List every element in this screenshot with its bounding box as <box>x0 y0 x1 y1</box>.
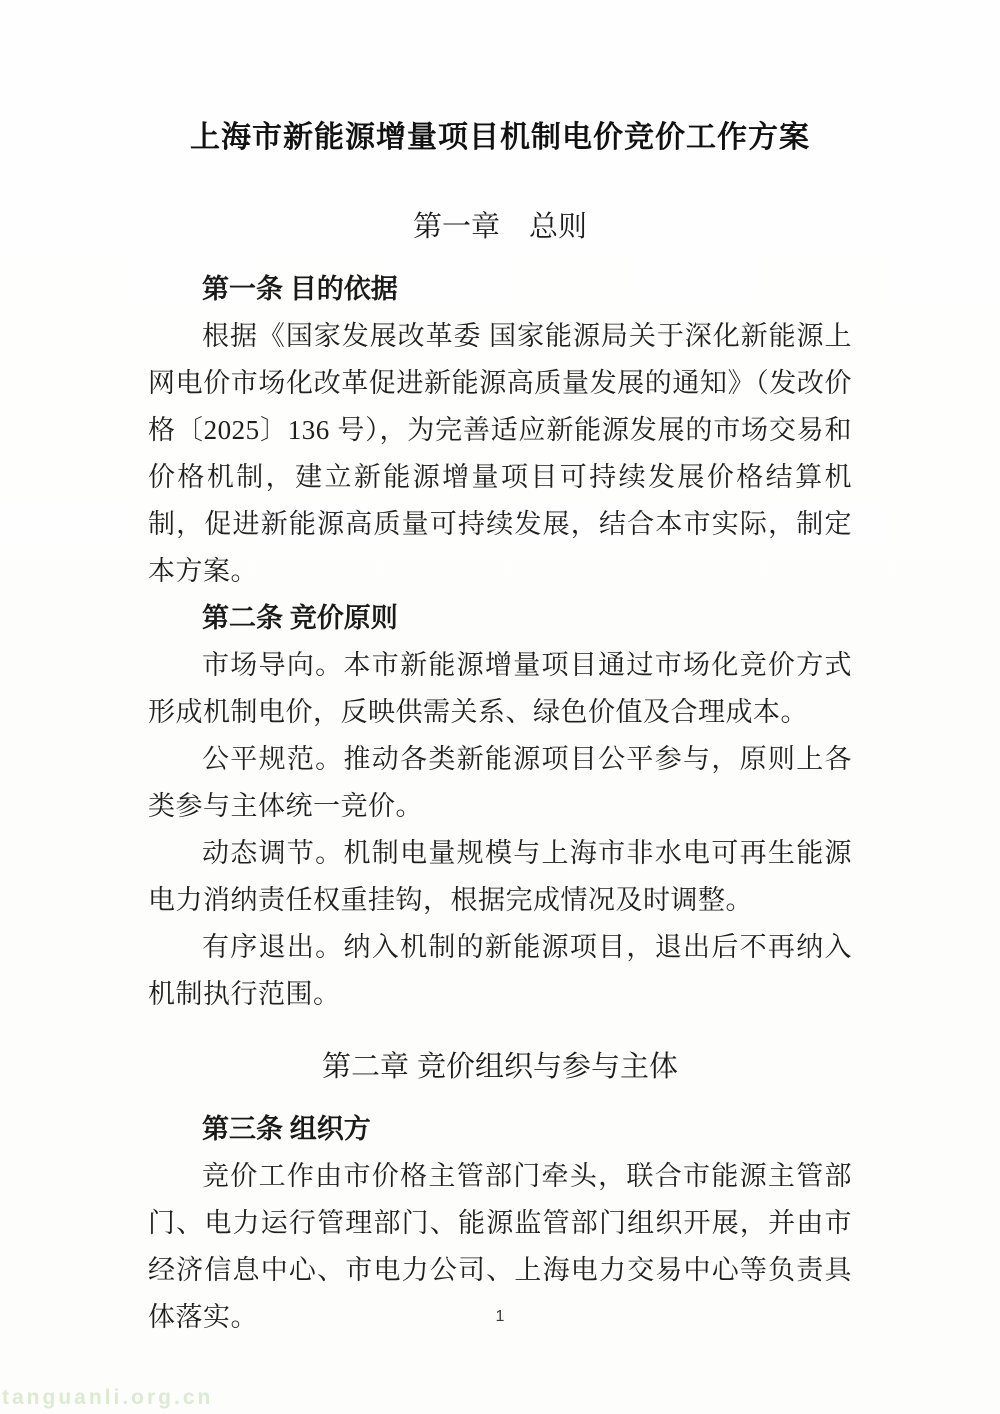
article-2-paragraph-2: 公平规范。推动各类新能源项目公平参与，原则上各类参与主体统一竞价。 <box>148 736 852 830</box>
page-number: 1 <box>0 1308 1000 1326</box>
chapter-2-heading: 第二章 竞价组织与参与主体 <box>148 1044 852 1090</box>
chapter-1-heading: 第一章 总则 <box>148 204 852 250</box>
article-1-paragraph: 根据《国家发展改革委 国家能源局关于深化新能源上网电价市场化改革促进新能源高质量… <box>148 313 852 595</box>
article-2-paragraph-4: 有序退出。纳入机制的新能源项目，退出后不再纳入机制执行范围。 <box>148 924 852 1018</box>
document-title: 上海市新能源增量项目机制电价竞价工作方案 <box>148 116 852 160</box>
article-1-heading: 第一条 目的依据 <box>148 266 852 313</box>
article-3-heading: 第三条 组织方 <box>148 1106 852 1153</box>
article-2-heading: 第二条 竞价原则 <box>148 595 852 642</box>
article-2-paragraph-1: 市场导向。本市新能源增量项目通过市场化竞价方式形成机制电价，反映供需关系、绿色价… <box>148 642 852 736</box>
article-2-paragraph-3: 动态调节。机制电量规模与上海市非水电可再生能源电力消纳责任权重挂钩，根据完成情况… <box>148 830 852 924</box>
document-page: 上海市新能源增量项目机制电价竞价工作方案 第一章 总则 第一条 目的依据 根据《… <box>0 0 1000 1414</box>
watermark: tanguanli.org.cn <box>2 1386 213 1410</box>
